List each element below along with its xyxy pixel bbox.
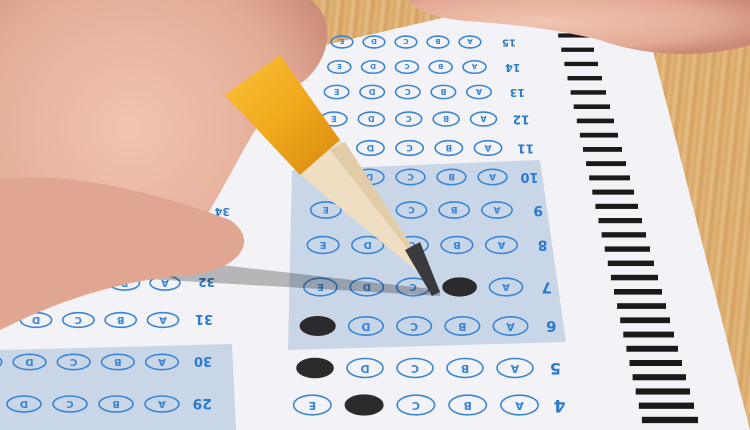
bubble-e[interactable] <box>300 317 335 335</box>
question-number: 31 <box>195 311 213 326</box>
answer-sheet-photo: 15ABCDE14ABCDE13ABCDE12ABCDE11ABCDE10ABC… <box>0 0 750 430</box>
bubble-label: A <box>471 62 477 70</box>
bubble-label: C <box>404 62 409 70</box>
bubble-label: A <box>493 204 500 214</box>
bubble-label: B <box>453 239 461 250</box>
bubble-label: A <box>484 142 491 152</box>
timing-mark <box>592 190 634 195</box>
question-number: 12 <box>513 113 530 127</box>
bubble-label: B <box>461 362 469 375</box>
question-number: 29 <box>193 395 212 411</box>
bubble-e[interactable] <box>297 359 333 378</box>
bubble-label: E <box>323 204 329 214</box>
bubble-label: E <box>339 37 344 45</box>
bubble-label: D <box>25 356 33 367</box>
bubble-label: E <box>331 114 336 123</box>
bubble-label: D <box>369 87 376 96</box>
timing-mark <box>605 246 650 251</box>
bubble-label: A <box>158 398 166 409</box>
bubble-label: C <box>407 171 414 181</box>
timing-mark <box>589 175 630 180</box>
bubble-label: B <box>451 204 458 214</box>
bubble-label: B <box>117 314 125 325</box>
timing-mark <box>595 204 638 209</box>
timing-mark <box>623 332 674 338</box>
bubble-label: B <box>445 142 452 152</box>
bubble-label: D <box>367 142 374 152</box>
timing-mark <box>602 232 646 237</box>
bubble-label: A <box>489 171 496 181</box>
bubble-label: D <box>370 62 376 70</box>
question-number: 9 <box>533 202 543 218</box>
question-number: 14 <box>505 61 521 74</box>
timing-mark <box>617 303 666 309</box>
bubble-label: B <box>435 37 440 45</box>
bubble-label: D <box>368 114 375 123</box>
bubble-label: B <box>443 114 449 123</box>
question-number: 15 <box>502 36 516 47</box>
timing-mark <box>626 346 678 352</box>
timing-mark <box>564 62 598 66</box>
bubble-label: A <box>515 399 524 412</box>
timing-mark <box>599 218 643 223</box>
bubble-label: A <box>510 362 519 375</box>
question-number: 5 <box>550 359 561 378</box>
bubble-label: D <box>371 37 377 45</box>
bubble-label: A <box>475 87 482 96</box>
bubble-label: A <box>502 281 510 292</box>
bubble-label: C <box>411 362 419 375</box>
timing-mark <box>583 147 622 152</box>
bubble-label: C <box>66 398 73 409</box>
bubble-label: C <box>75 314 82 325</box>
bubble-label: B <box>458 320 466 333</box>
bubble-label: B <box>438 62 443 70</box>
bubble-label: D <box>32 314 40 325</box>
timing-mark <box>574 104 610 109</box>
bubble-label: D <box>20 398 28 409</box>
bubble-label: B <box>448 171 455 181</box>
question-number: 11 <box>517 141 534 155</box>
bubble-label: C <box>405 87 411 96</box>
question-number: 7 <box>542 278 552 296</box>
bubble-label: C <box>70 356 77 367</box>
timing-mark <box>633 374 686 380</box>
bubble-d[interactable] <box>345 395 382 415</box>
question-number: 30 <box>194 353 212 368</box>
timing-mark <box>620 317 670 323</box>
bubble-label: A <box>506 320 515 333</box>
bubble-label: E <box>320 239 327 250</box>
bubble-label: A <box>159 314 167 325</box>
bubble-label: B <box>440 87 446 96</box>
bubble-label: B <box>464 399 472 412</box>
question-number: 6 <box>546 317 556 335</box>
timing-mark <box>568 76 603 80</box>
bubble-label: D <box>360 362 369 375</box>
timing-mark <box>639 403 694 409</box>
bubble-label: C <box>410 320 418 333</box>
bubble-label: E <box>309 399 317 412</box>
bubble-label: E <box>337 62 342 70</box>
timing-mark <box>611 275 658 281</box>
timing-mark <box>636 388 690 394</box>
scene-illustration: 15ABCDE14ABCDE13ABCDE12ABCDE11ABCDE10ABC… <box>0 0 750 430</box>
bubble-label: A <box>480 114 487 123</box>
bubble-label: C <box>406 114 412 123</box>
timing-mark <box>642 417 698 423</box>
bubble-label: B <box>114 356 122 367</box>
bubble-label: A <box>158 356 166 367</box>
timing-mark <box>580 133 618 138</box>
timing-mark <box>608 261 654 266</box>
bubble-label: C <box>406 142 413 152</box>
bubble-label: D <box>364 239 372 250</box>
bubble-b[interactable] <box>443 278 476 296</box>
timing-mark <box>614 289 662 295</box>
question-number: 10 <box>520 169 538 184</box>
bubble-label: C <box>408 204 415 214</box>
timing-mark <box>561 48 594 52</box>
question-number: 13 <box>510 86 525 99</box>
bubble-label: C <box>403 37 408 45</box>
timing-mark <box>630 360 683 366</box>
question-number: 4 <box>554 395 566 415</box>
bubble-label: E <box>334 87 339 96</box>
question-number: 8 <box>538 237 548 253</box>
bubble-label: C <box>412 399 420 412</box>
bubble-label: A <box>467 37 473 45</box>
timing-mark <box>571 90 606 94</box>
bubble-label: A <box>497 239 505 250</box>
bubble-label: D <box>361 320 370 333</box>
timing-mark <box>577 119 614 124</box>
bubble-label: B <box>112 398 120 409</box>
timing-mark <box>586 161 626 166</box>
